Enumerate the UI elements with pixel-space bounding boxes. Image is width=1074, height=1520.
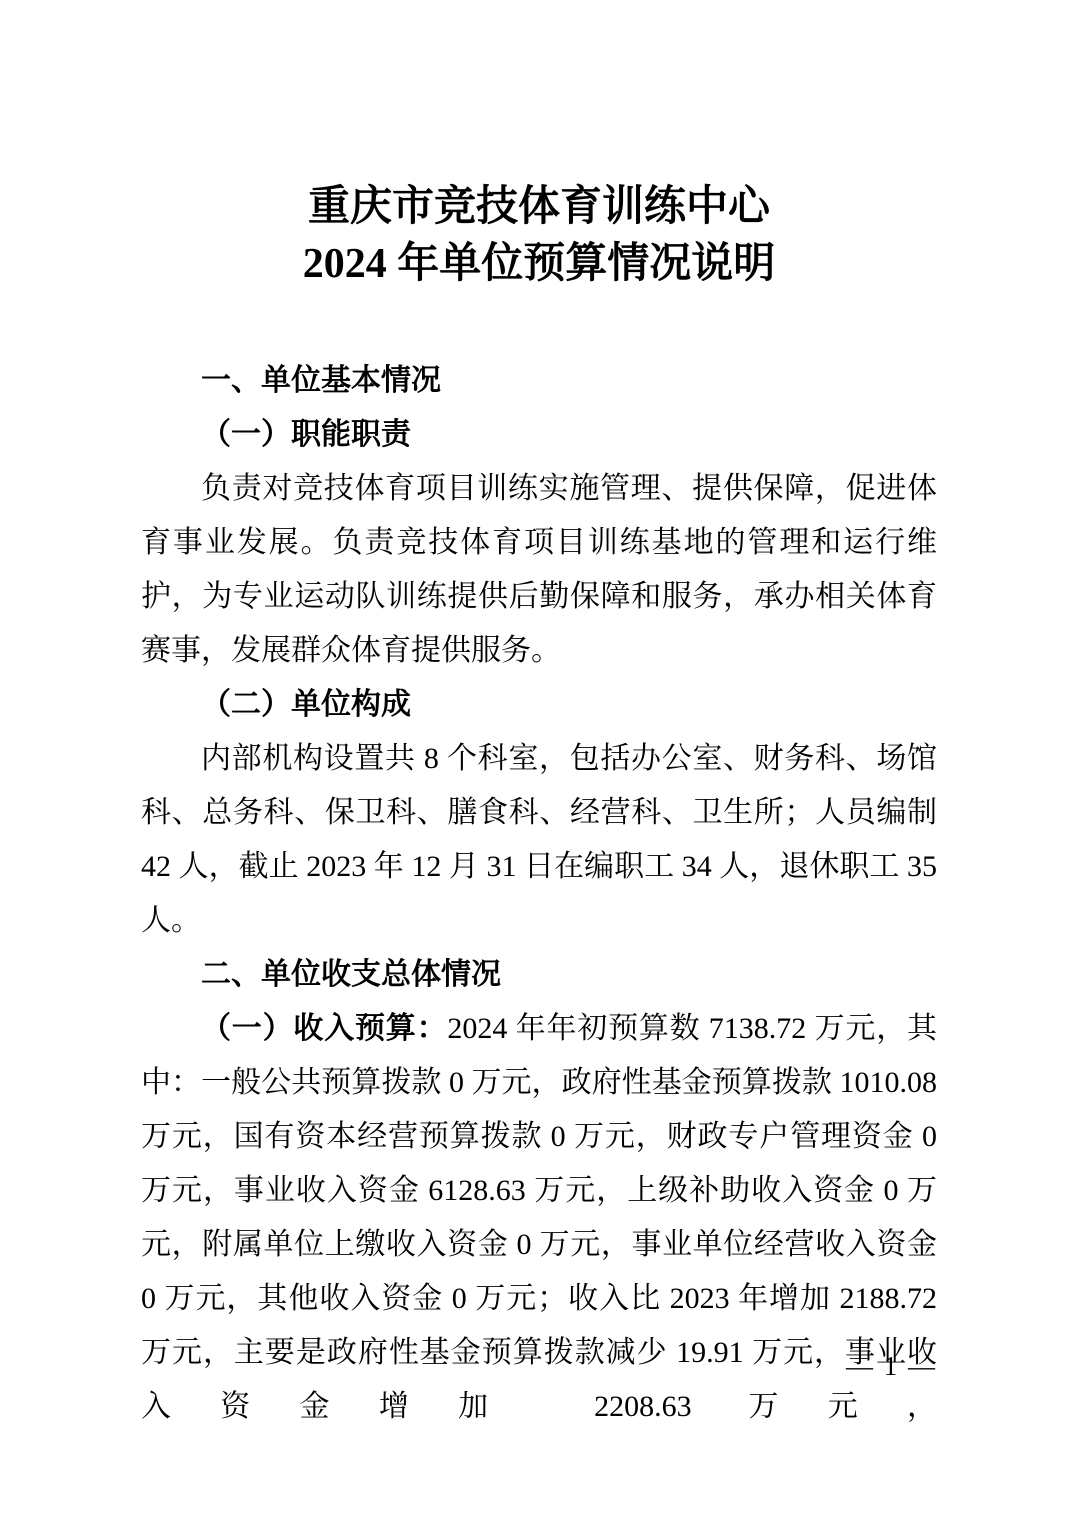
paragraph-income-budget: （一）收入预算：2024 年年初预算数 7138.72 万元，其中：一般公共预算… xyxy=(141,1002,937,1434)
document-title-line2: 2024 年单位预算情况说明 xyxy=(303,241,776,287)
section-heading-revenue-expenditure: 二、单位收支总体情况 xyxy=(141,948,937,1002)
document-title-line1: 重庆市竞技体育训练中心 xyxy=(308,184,770,230)
sub-heading-functions-duties: （一）职能职责 xyxy=(141,408,937,462)
paragraph-unit-composition: 内部机构设置共 8 个科室，包括办公室、财务科、场馆科、总务科、保卫科、膳食科、… xyxy=(141,732,937,948)
document-content: 重庆市竞技体育训练中心 2024 年单位预算情况说明 一、单位基本情况 （一）职… xyxy=(141,179,937,1434)
document-title: 重庆市竞技体育训练中心 2024 年单位预算情况说明 xyxy=(141,179,937,293)
section-heading-basic-info: 一、单位基本情况 xyxy=(141,354,937,408)
document-page: 重庆市竞技体育训练中心 2024 年单位预算情况说明 一、单位基本情况 （一）职… xyxy=(0,0,1074,1520)
income-budget-text: 2024 年年初预算数 7138.72 万元，其中：一般公共预算拨款 0 万元，… xyxy=(141,1012,937,1423)
page-number: — 1 — xyxy=(846,1348,937,1384)
paragraph-functions-duties: 负责对竞技体育项目训练实施管理、提供保障，促进体育事业发展。负责竞技体育项目训练… xyxy=(141,462,937,678)
sub-heading-unit-composition: （二）单位构成 xyxy=(141,678,937,732)
income-budget-lead: （一）收入预算： xyxy=(201,1012,447,1045)
